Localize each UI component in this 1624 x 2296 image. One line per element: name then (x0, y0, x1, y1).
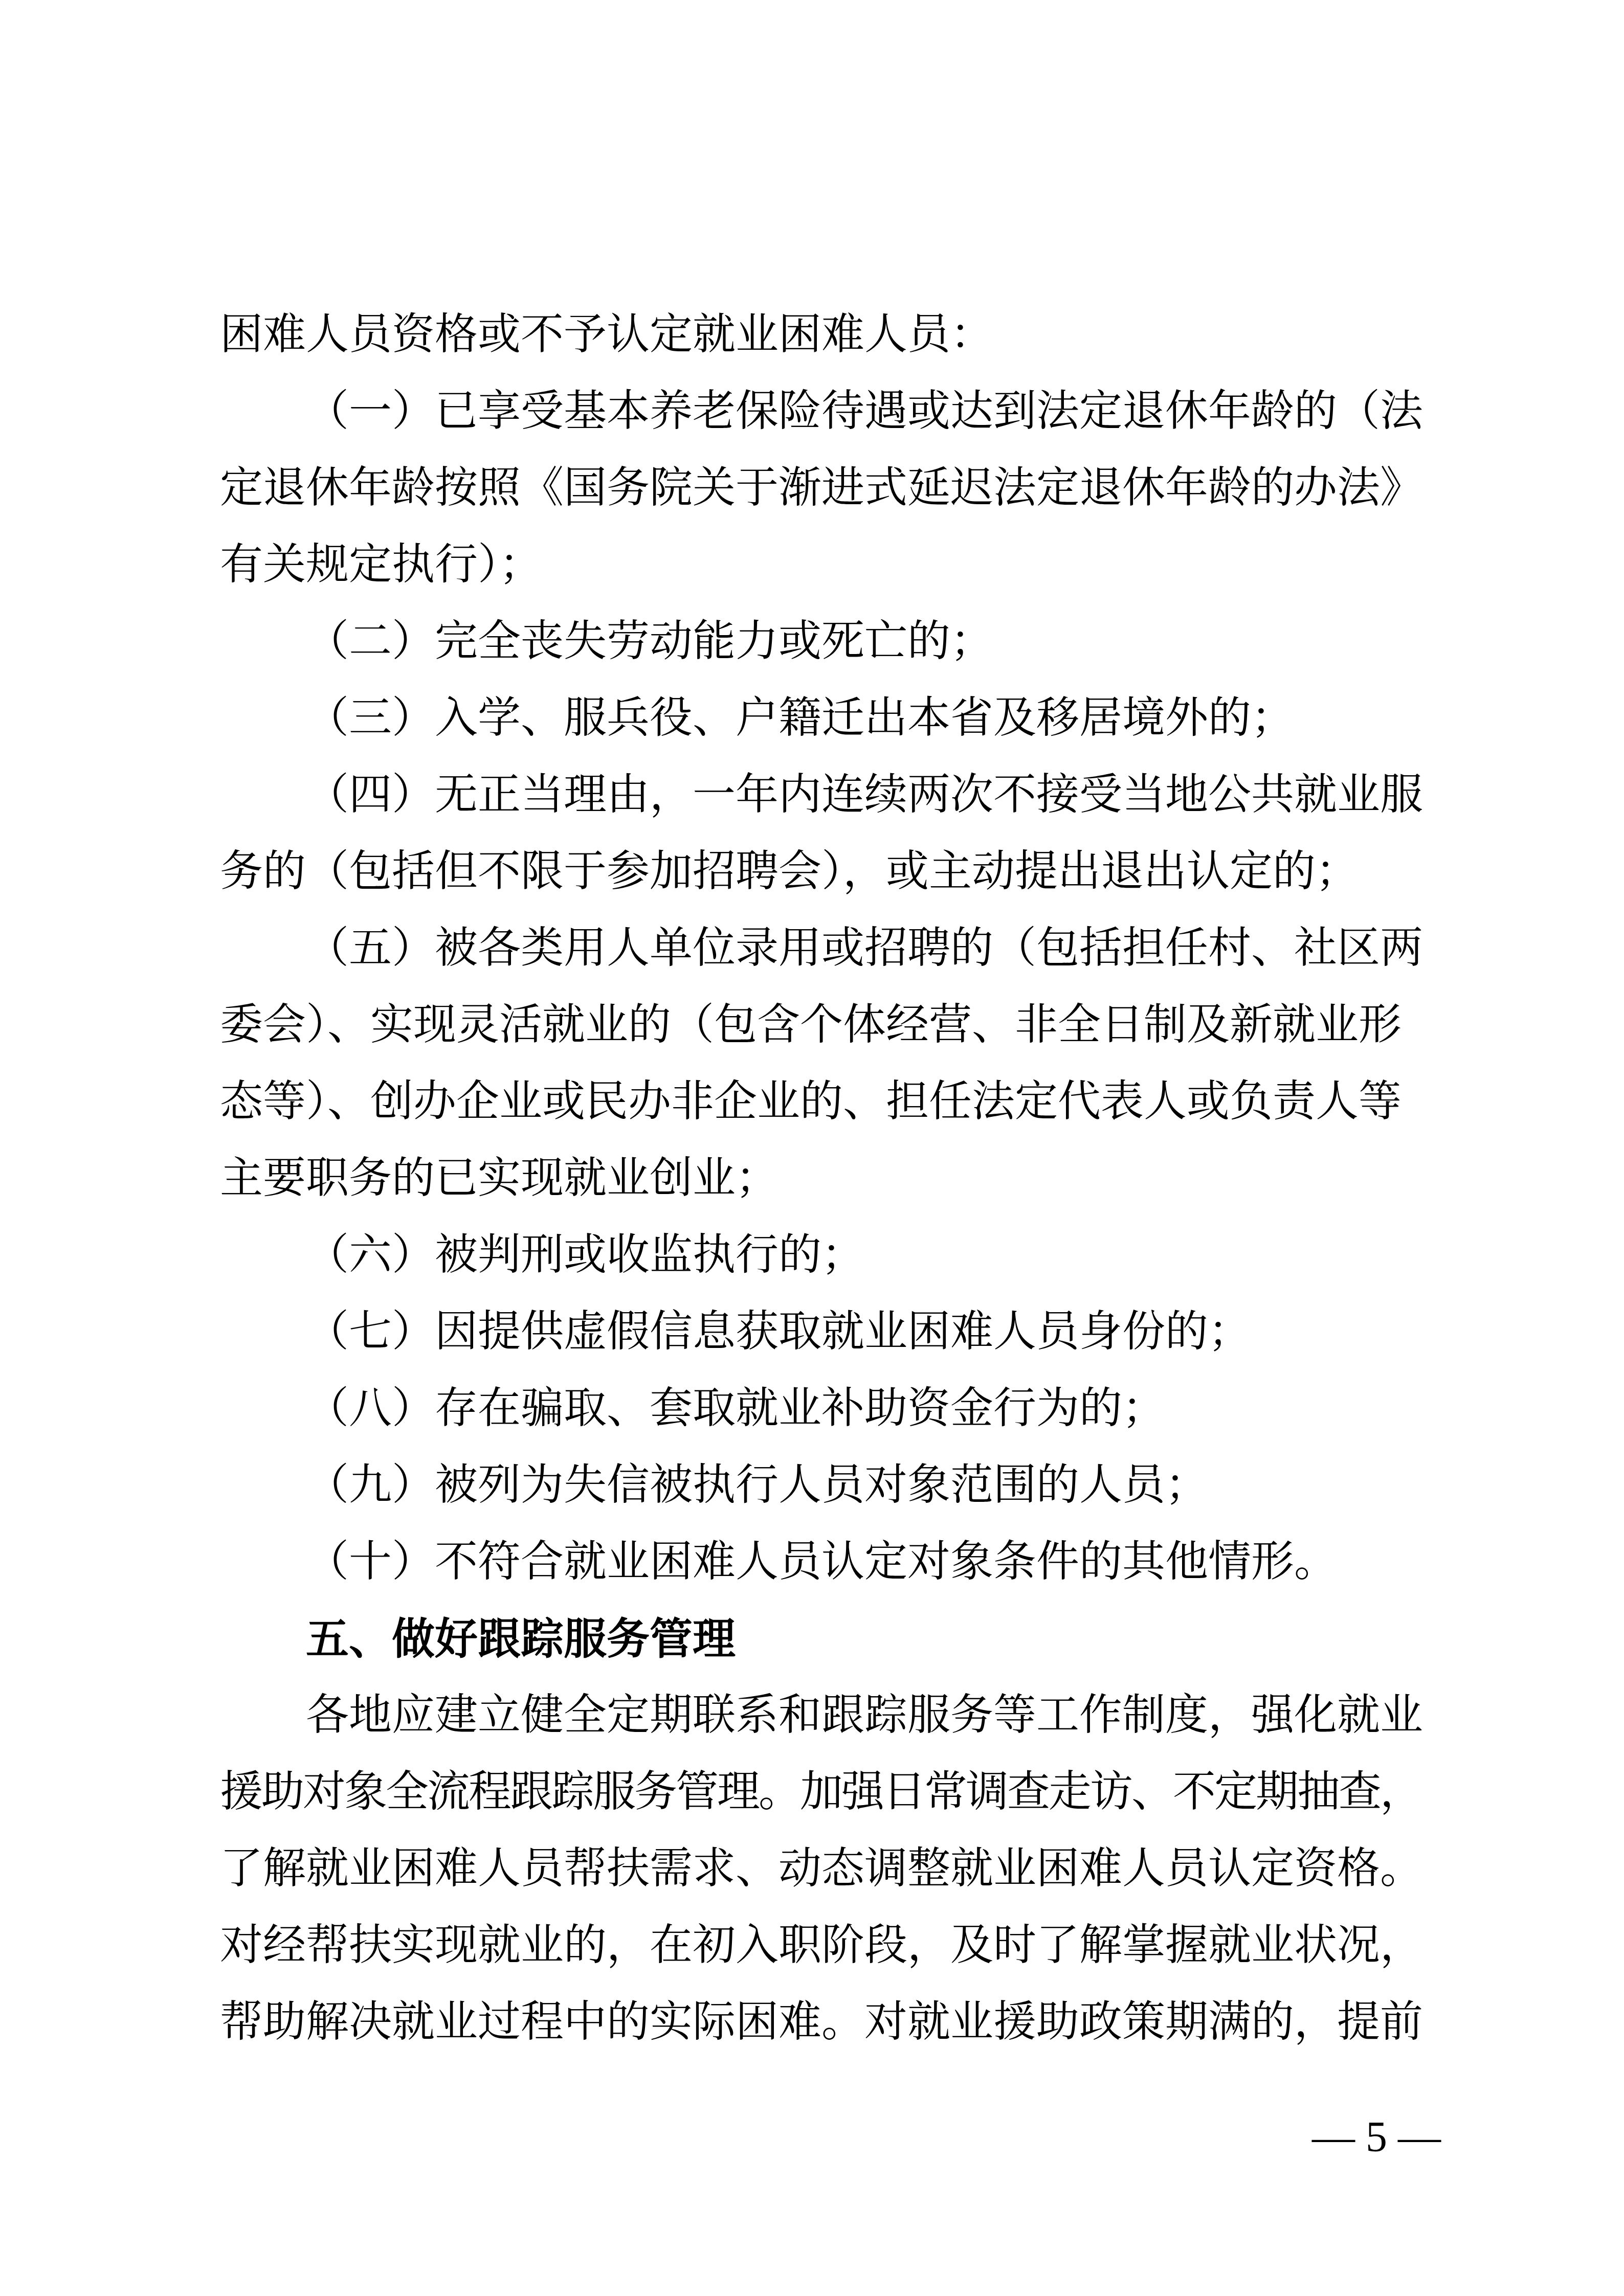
text-line: 对经帮扶实现就业的，在初入职阶段，及时了解掌握就业状况， (220, 1907, 1423, 1984)
text-line: （四）无正当理由，一年内连续两次不接受当地公共就业服 (220, 757, 1423, 834)
text-line: 了解就业困难人员帮扶需求、动态调整就业困难人员认定资格。 (220, 1831, 1423, 1907)
text-line: 委会）、实现灵活就业的（包含个体经营、非全日制及新就业形 (220, 987, 1423, 1064)
text-line: （七）因提供虚假信息获取就业困难人员身份的； (220, 1294, 1423, 1370)
text-line: 有关规定执行）； (220, 527, 1423, 603)
page-number: — 5 — (1312, 2099, 1441, 2176)
text-line: 困难人员资格或不予认定就业困难人员： (220, 297, 1423, 373)
text-line: （五）被各类用人单位录用或招聘的（包括担任村、社区两 (220, 910, 1423, 987)
document-page: 困难人员资格或不予认定就业困难人员：（一）已享受基本养老保险待遇或达到法定退休年… (0, 0, 1624, 2296)
text-line: 定退休年龄按照《国务院关于渐进式延迟法定退休年龄的办法》 (220, 450, 1423, 527)
text-line: 援助对象全流程跟踪服务管理。加强日常调查走访、不定期抽查， (220, 1754, 1423, 1831)
text-line: 态等）、创办企业或民办非企业的、担任法定代表人或负责人等 (220, 1064, 1423, 1140)
text-line: 务的（包括但不限于参加招聘会），或主动提出退出认定的； (220, 834, 1423, 910)
text-line: （二）完全丧失劳动能力或死亡的； (220, 603, 1423, 680)
text-line: 各地应建立健全定期联系和跟踪服务等工作制度，强化就业 (220, 1677, 1423, 1754)
document-body: 困难人员资格或不予认定就业困难人员：（一）已享受基本养老保险待遇或达到法定退休年… (220, 297, 1423, 2061)
text-line: （三）入学、服兵役、户籍迁出本省及移居境外的； (220, 680, 1423, 757)
text-line: 主要职务的已实现就业创业； (220, 1140, 1423, 1217)
text-line: （六）被判刑或收监执行的； (220, 1217, 1423, 1294)
text-line: 帮助解决就业过程中的实际困难。对就业援助政策期满的，提前 (220, 1984, 1423, 2061)
section-heading: 五、做好跟踪服务管理 (220, 1601, 1423, 1677)
text-line: （九）被列为失信被执行人员对象范围的人员； (220, 1447, 1423, 1524)
text-line: （一）已享受基本养老保险待遇或达到法定退休年龄的（法 (220, 373, 1423, 450)
text-line: （十）不符合就业困难人员认定对象条件的其他情形。 (220, 1524, 1423, 1601)
text-line: （八）存在骗取、套取就业补助资金行为的； (220, 1370, 1423, 1447)
